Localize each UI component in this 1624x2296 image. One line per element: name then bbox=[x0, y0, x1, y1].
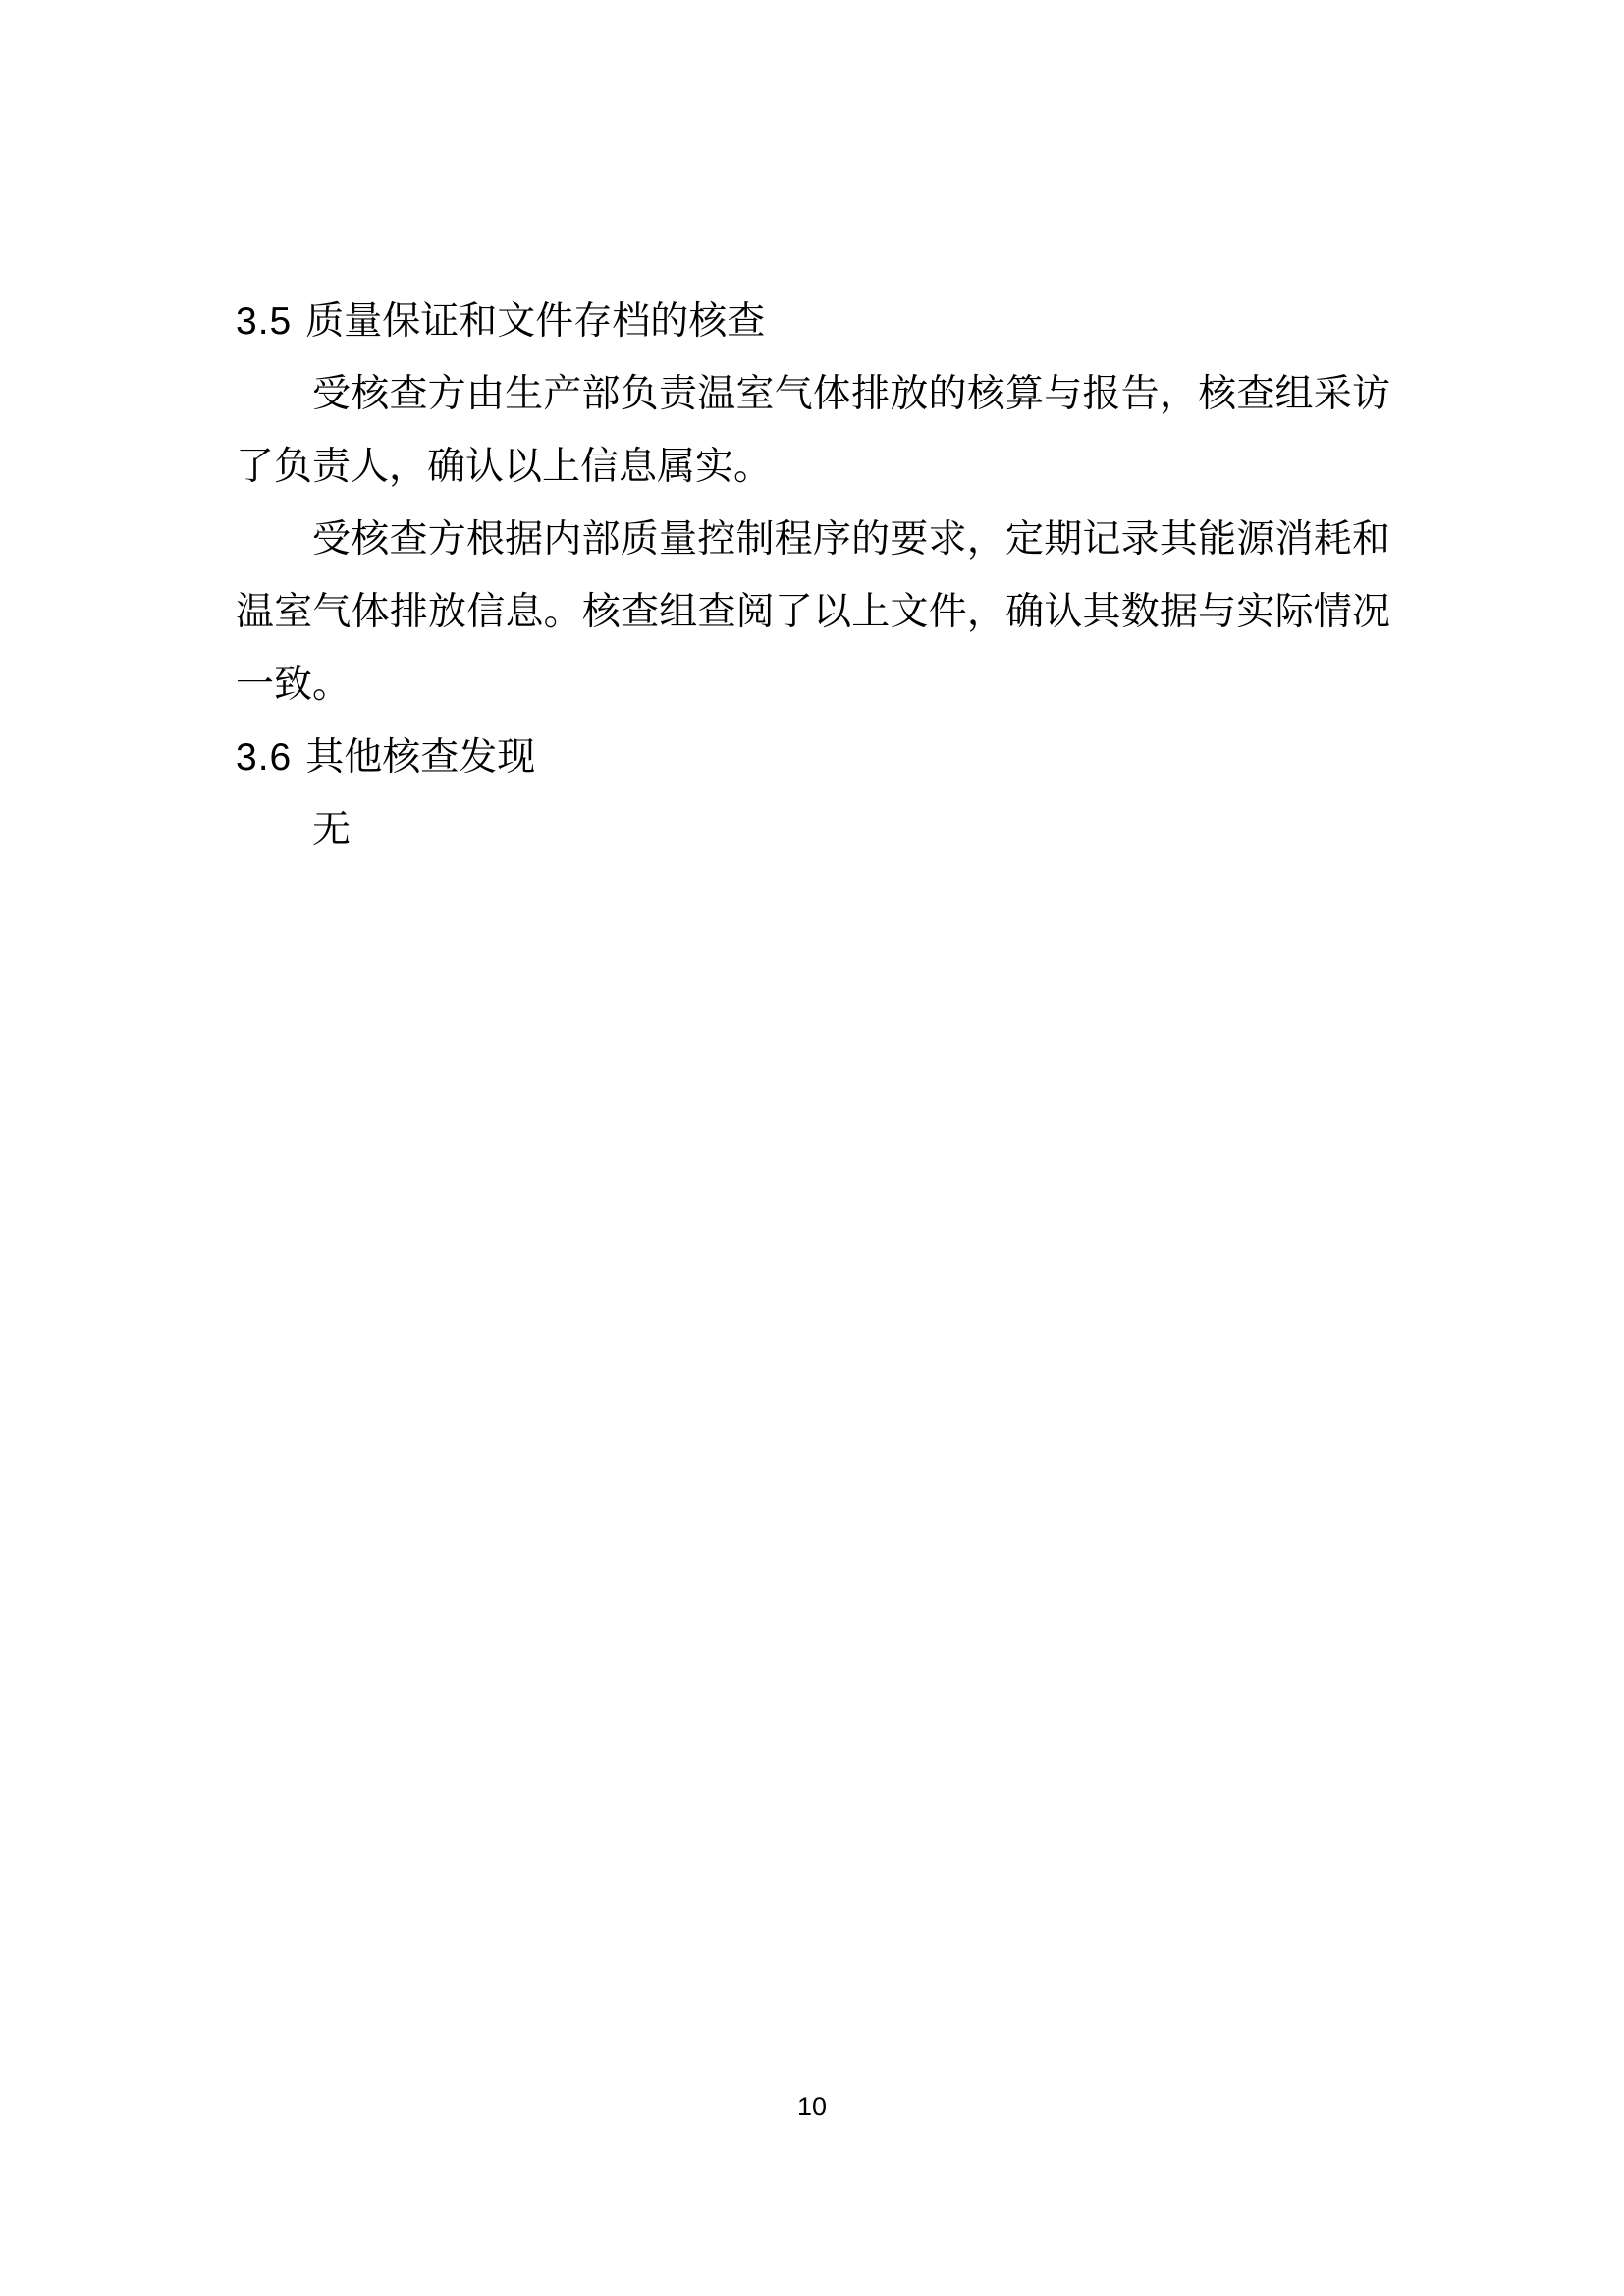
paragraph-none: 无 bbox=[236, 794, 1390, 867]
page-footer: 10 bbox=[0, 2087, 1624, 2126]
document-body: 3.5质量保证和文件存档的核查 受核查方由生产部负责温室气体排放的核算与报告，核… bbox=[236, 286, 1390, 867]
paragraph-quality-assurance: 受核查方由生产部负责温室气体排放的核算与报告，核查组采访了负责人，确认以上信息属… bbox=[236, 358, 1390, 504]
section-3-5-title: 质量保证和文件存档的核查 bbox=[305, 300, 765, 343]
section-heading-3-5: 3.5质量保证和文件存档的核查 bbox=[236, 286, 1390, 358]
page-number: 10 bbox=[797, 2092, 827, 2121]
document-page: 3.5质量保证和文件存档的核查 受核查方由生产部负责温室气体排放的核算与报告，核… bbox=[0, 0, 1624, 2296]
paragraph-internal-quality-control: 受核查方根据内部质量控制程序的要求，定期记录其能源消耗和温室气体排放信息。核查组… bbox=[236, 504, 1390, 721]
section-heading-3-6: 3.6其他核查发现 bbox=[236, 721, 1390, 794]
section-3-5-number: 3.5 bbox=[236, 300, 292, 343]
section-3-6-title: 其他核查发现 bbox=[305, 736, 535, 778]
section-3-6-number: 3.6 bbox=[236, 736, 292, 778]
